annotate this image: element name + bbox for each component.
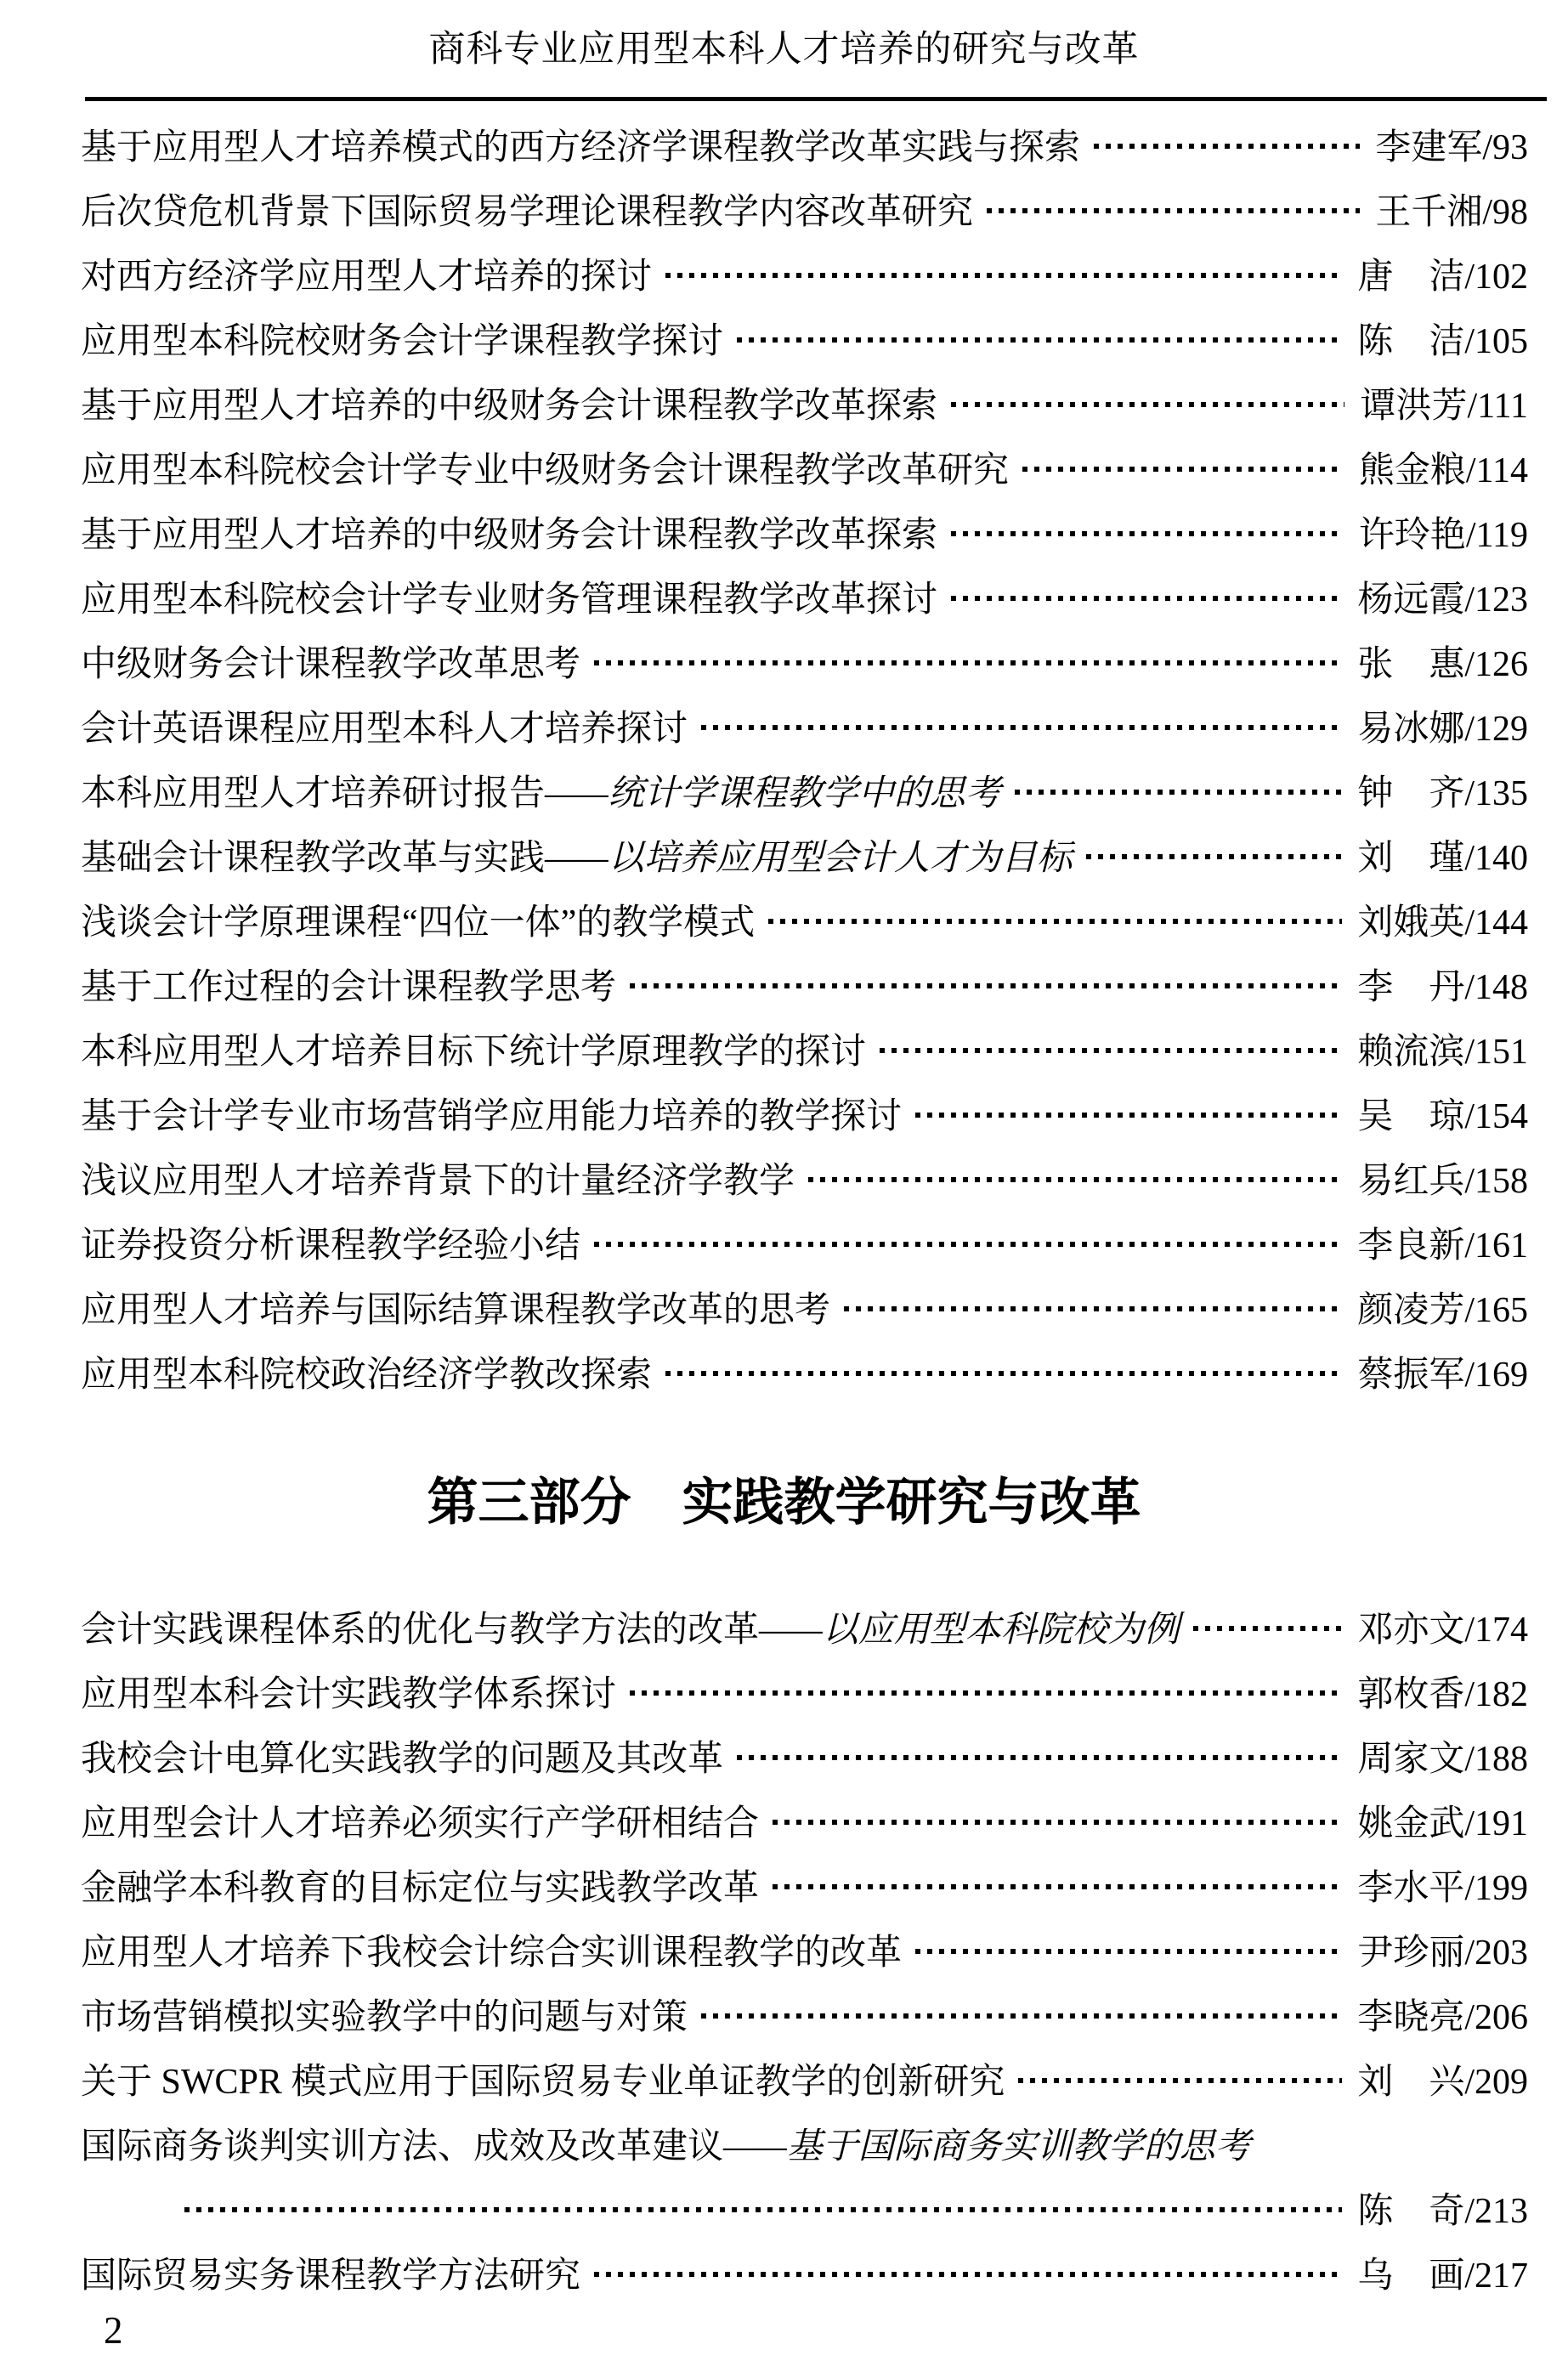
entry-title: 证券投资分析课程教学经验小结 [81,1217,580,1268]
dot-leader [665,273,1342,278]
entry-author-page: 周家文/188 [1357,1730,1528,1781]
entry-author-page: 钟 齐/135 [1357,765,1528,816]
entry-author-page: 刘 兴/209 [1357,2053,1528,2104]
entry-title: 本科应用型人才培养研讨报告 [81,765,545,816]
entry-title: 应用型本科院校会计学专业中级财务会计课程教学改革研究 [81,442,1009,493]
toc-page: 商科专业应用型本科人才培养的研究与改革 基于应用型人才培养模式的西方经济学课程教… [0,0,1568,2367]
entry-title: 会计英语课程应用型本科人才培养探讨 [81,700,688,751]
entry-title: 后次贷危机背景下国际贸易学理论课程教学内容改革研究 [81,184,973,235]
entry-author-page: 唐 洁/102 [1357,248,1528,299]
dot-leader [594,2272,1342,2277]
entry-author-page: 尹珍丽/203 [1357,1924,1528,1975]
dot-leader [630,983,1342,988]
toc-entry: 应用型人才培养下我校会计综合实训课程教学的改革尹珍丽/203 [81,1917,1528,1982]
entry-subtitle: ——统计学课程教学中的思考 [545,765,1001,816]
entry-author-page: 杨远霞/123 [1357,571,1528,622]
toc-entry: 基于工作过程的会计课程教学思考李 丹/148 [81,952,1528,1016]
dot-leader [1015,790,1343,795]
toc-entry: 国际贸易实务课程教学方法研究乌 画/217 [81,2240,1528,2305]
toc-entry: 应用型本科院校会计学专业财务管理课程教学改革探讨杨远霞/123 [81,564,1528,629]
entry-author-page: 谭洪芳/111 [1360,377,1528,428]
toc-entry: 我校会计电算化实践教学的问题及其改革周家文/188 [81,1724,1528,1788]
dot-leader [1018,2078,1342,2083]
dot-leader [773,1820,1342,1825]
entry-author-page: 刘娥英/144 [1357,894,1528,945]
toc-entry: 基于应用型人才培养的中级财务会计课程教学改革探索许玲艳/119 [81,500,1528,564]
toc-entry: 基于应用型人才培养的中级财务会计课程教学改革探索谭洪芳/111 [81,371,1528,435]
entry-title: 中级财务会计课程教学改革思考 [81,636,580,687]
toc-entry: 浅谈会计学原理课程“四位一体”的教学模式刘娥英/144 [81,887,1528,952]
dot-leader [594,660,1342,665]
toc-list-part2: 基于应用型人才培养模式的西方经济学课程教学改革实践与探索李建军/93后次贷危机背… [81,112,1528,1404]
toc-entry: 应用型人才培养与国际结算课程教学改革的思考颜凌芳/165 [81,1275,1528,1339]
entry-title: 应用型本科会计实践教学体系探讨 [81,1666,616,1717]
entry-author-page: 王千湘/98 [1375,184,1528,235]
dot-leader [1094,144,1360,149]
entry-title: 应用型人才培养下我校会计综合实训课程教学的改革 [81,1924,902,1975]
entry-title: 应用型人才培养与国际结算课程教学改革的思考 [81,1282,830,1333]
entry-title: 国际商务谈判实训方法、成效及改革建议 [81,2118,723,2169]
toc-entry: 后次贷危机背景下国际贸易学理论课程教学内容改革研究王千湘/98 [81,177,1528,241]
entry-author-page: 赖流滨/151 [1357,1023,1528,1074]
dot-leader [768,919,1342,924]
toc-entry: 浅议应用型人才培养背景下的计量经济学教学易红兵/158 [81,1146,1528,1210]
toc-entry: 应用型会计人才培养必须实行产学研相结合姚金武/191 [81,1788,1528,1853]
dot-leader [951,531,1344,536]
entry-title: 应用型本科院校财务会计学课程教学探讨 [81,313,723,364]
dot-leader [737,337,1342,343]
entry-title: 金融学本科教育的目标定位与实践教学改革 [81,1860,759,1911]
entry-author-page: 陈 洁/105 [1357,313,1528,364]
dot-leader [844,1306,1342,1311]
entry-title: 浅议应用型人才培养背景下的计量经济学教学 [81,1152,795,1203]
entry-author-page: 吴 琼/154 [1357,1088,1528,1139]
dot-leader [915,1113,1342,1118]
entry-title: 国际贸易实务课程教学方法研究 [81,2247,580,2298]
toc-list-part3: 会计实践课程体系的优化与教学方法的改革——以应用型本科院校为例邓亦文/174应用… [81,1594,1528,2305]
toc-entry: 金融学本科教育的目标定位与实践教学改革李水平/199 [81,1853,1528,1917]
entry-title: 应用型本科院校政治经济学教改探索 [81,1346,652,1397]
header-rule [85,97,1547,101]
toc-entry-title-line: 国际商务谈判实训方法、成效及改革建议——基于国际商务实训教学的思考 [81,2111,1528,2176]
entry-author-page: 李 丹/148 [1357,959,1528,1010]
entry-author-page: 蔡振军/169 [1357,1346,1528,1397]
entry-subtitle: ——基于国际商务实训教学的思考 [723,2118,1251,2169]
toc-entry: 本科应用型人才培养研讨报告——统计学课程教学中的思考钟 齐/135 [81,758,1528,823]
toc-entry: 证券投资分析课程教学经验小结李良新/161 [81,1210,1528,1275]
dot-leader [880,1048,1342,1053]
dot-leader [915,1949,1342,1954]
toc-entry: 应用型本科会计实践教学体系探讨郭枚香/182 [81,1659,1528,1724]
entry-title: 基于会计学专业市场营销学应用能力培养的教学探讨 [81,1088,902,1139]
dot-leader [951,402,1344,407]
entry-title: 应用型本科院校会计学专业财务管理课程教学改革探讨 [81,571,937,622]
dot-leader [701,725,1342,730]
section-heading: 第三部分 实践教学研究与改革 [0,1475,1568,1530]
toc-entry: 应用型本科院校财务会计学课程教学探讨陈 洁/105 [81,306,1528,371]
entry-title: 应用型会计人才培养必须实行产学研相结合 [81,1795,759,1846]
dot-leader [701,2013,1342,2019]
entry-title: 我校会计电算化实践教学的问题及其改革 [81,1730,723,1781]
toc-entry: 基于会计学专业市场营销学应用能力培养的教学探讨吴 琼/154 [81,1081,1528,1146]
toc-entry: 应用型本科院校会计学专业中级财务会计课程教学改革研究熊金粮/114 [81,435,1528,500]
entry-subtitle: ——以应用型本科院校为例 [759,1601,1180,1652]
toc-entry: 关于 SWCPR 模式应用于国际贸易专业单证教学的创新研究刘 兴/209 [81,2047,1528,2111]
dot-leader [630,1690,1342,1696]
entry-title: 市场营销模拟实验教学中的问题与对策 [81,1989,688,2040]
entry-author-page: 颜凌芳/165 [1357,1282,1528,1333]
entry-author-page: 李良新/161 [1357,1217,1528,1268]
entry-subtitle: ——以培养应用型会计人才为目标 [545,830,1073,881]
entry-author-page: 易红兵/158 [1357,1152,1528,1203]
toc-entry: 基于应用型人才培养模式的西方经济学课程教学改革实践与探索李建军/93 [81,112,1528,177]
entry-title: 本科应用型人才培养目标下统计学原理教学的探讨 [81,1023,866,1074]
toc-entry: 会计英语课程应用型本科人才培养探讨易冰娜/129 [81,694,1528,758]
entry-author-page: 刘 瑾/140 [1357,830,1528,881]
entry-author-page: 李晓亮/206 [1357,1989,1528,2040]
toc-entry: 基础会计课程教学改革与实践——以培养应用型会计人才为目标刘 瑾/140 [81,823,1528,887]
entry-author-page: 陈 奇/213 [1357,2183,1528,2234]
dot-leader [737,1755,1342,1760]
entry-title: 基础会计课程教学改革与实践 [81,830,545,881]
entry-title: 会计实践课程体系的优化与教学方法的改革 [81,1601,759,1652]
entry-author-page: 李建军/93 [1375,119,1528,170]
entry-author-page: 姚金武/191 [1357,1795,1528,1846]
entry-title: 浅谈会计学原理课程“四位一体”的教学模式 [81,894,755,945]
entry-author-page: 邓亦文/174 [1357,1601,1528,1652]
entry-title: 关于 SWCPR 模式应用于国际贸易专业单证教学的创新研究 [81,2053,1005,2104]
entry-title: 基于工作过程的会计课程教学思考 [81,959,616,1010]
toc-entry: 中级财务会计课程教学改革思考张 惠/126 [81,629,1528,694]
toc-entry-continuation: 陈 奇/213 [81,2176,1528,2240]
dot-leader [665,1371,1342,1376]
entry-title: 基于应用型人才培养的中级财务会计课程教学改革探索 [81,507,937,558]
dot-leader [951,596,1342,601]
dot-leader [1086,854,1343,859]
page-header-title: 商科专业应用型本科人才培养的研究与改革 [0,0,1568,71]
entry-author-page: 熊金粮/114 [1359,442,1528,493]
dot-leader [184,2207,1342,2212]
entry-title: 基于应用型人才培养的中级财务会计课程教学改革探索 [81,377,937,428]
dot-leader [773,1884,1342,1889]
dot-leader [594,1242,1342,1247]
dot-leader [808,1177,1342,1182]
toc-entry: 本科应用型人才培养目标下统计学原理教学的探讨赖流滨/151 [81,1016,1528,1081]
page-number: 2 [104,2312,1568,2349]
dot-leader [1193,1626,1343,1631]
entry-title: 对西方经济学应用型人才培养的探讨 [81,248,652,299]
toc-entry: 应用型本科院校政治经济学教改探索蔡振军/169 [81,1339,1528,1404]
entry-author-page: 郭枚香/182 [1357,1666,1528,1717]
entry-author-page: 张 惠/126 [1357,636,1528,687]
dot-leader [1022,467,1344,472]
entry-author-page: 易冰娜/129 [1357,700,1528,751]
toc-entry: 市场营销模拟实验教学中的问题与对策李晓亮/206 [81,1982,1528,2047]
toc-entry: 会计实践课程体系的优化与教学方法的改革——以应用型本科院校为例邓亦文/174 [81,1594,1528,1659]
entry-author-page: 许玲艳/119 [1359,507,1528,558]
toc-entry: 对西方经济学应用型人才培养的探讨唐 洁/102 [81,241,1528,306]
entry-author-page: 李水平/199 [1357,1860,1528,1911]
dot-leader [987,208,1360,213]
entry-title: 基于应用型人才培养模式的西方经济学课程教学改革实践与探索 [81,119,1080,170]
entry-author-page: 乌 画/217 [1357,2247,1528,2298]
